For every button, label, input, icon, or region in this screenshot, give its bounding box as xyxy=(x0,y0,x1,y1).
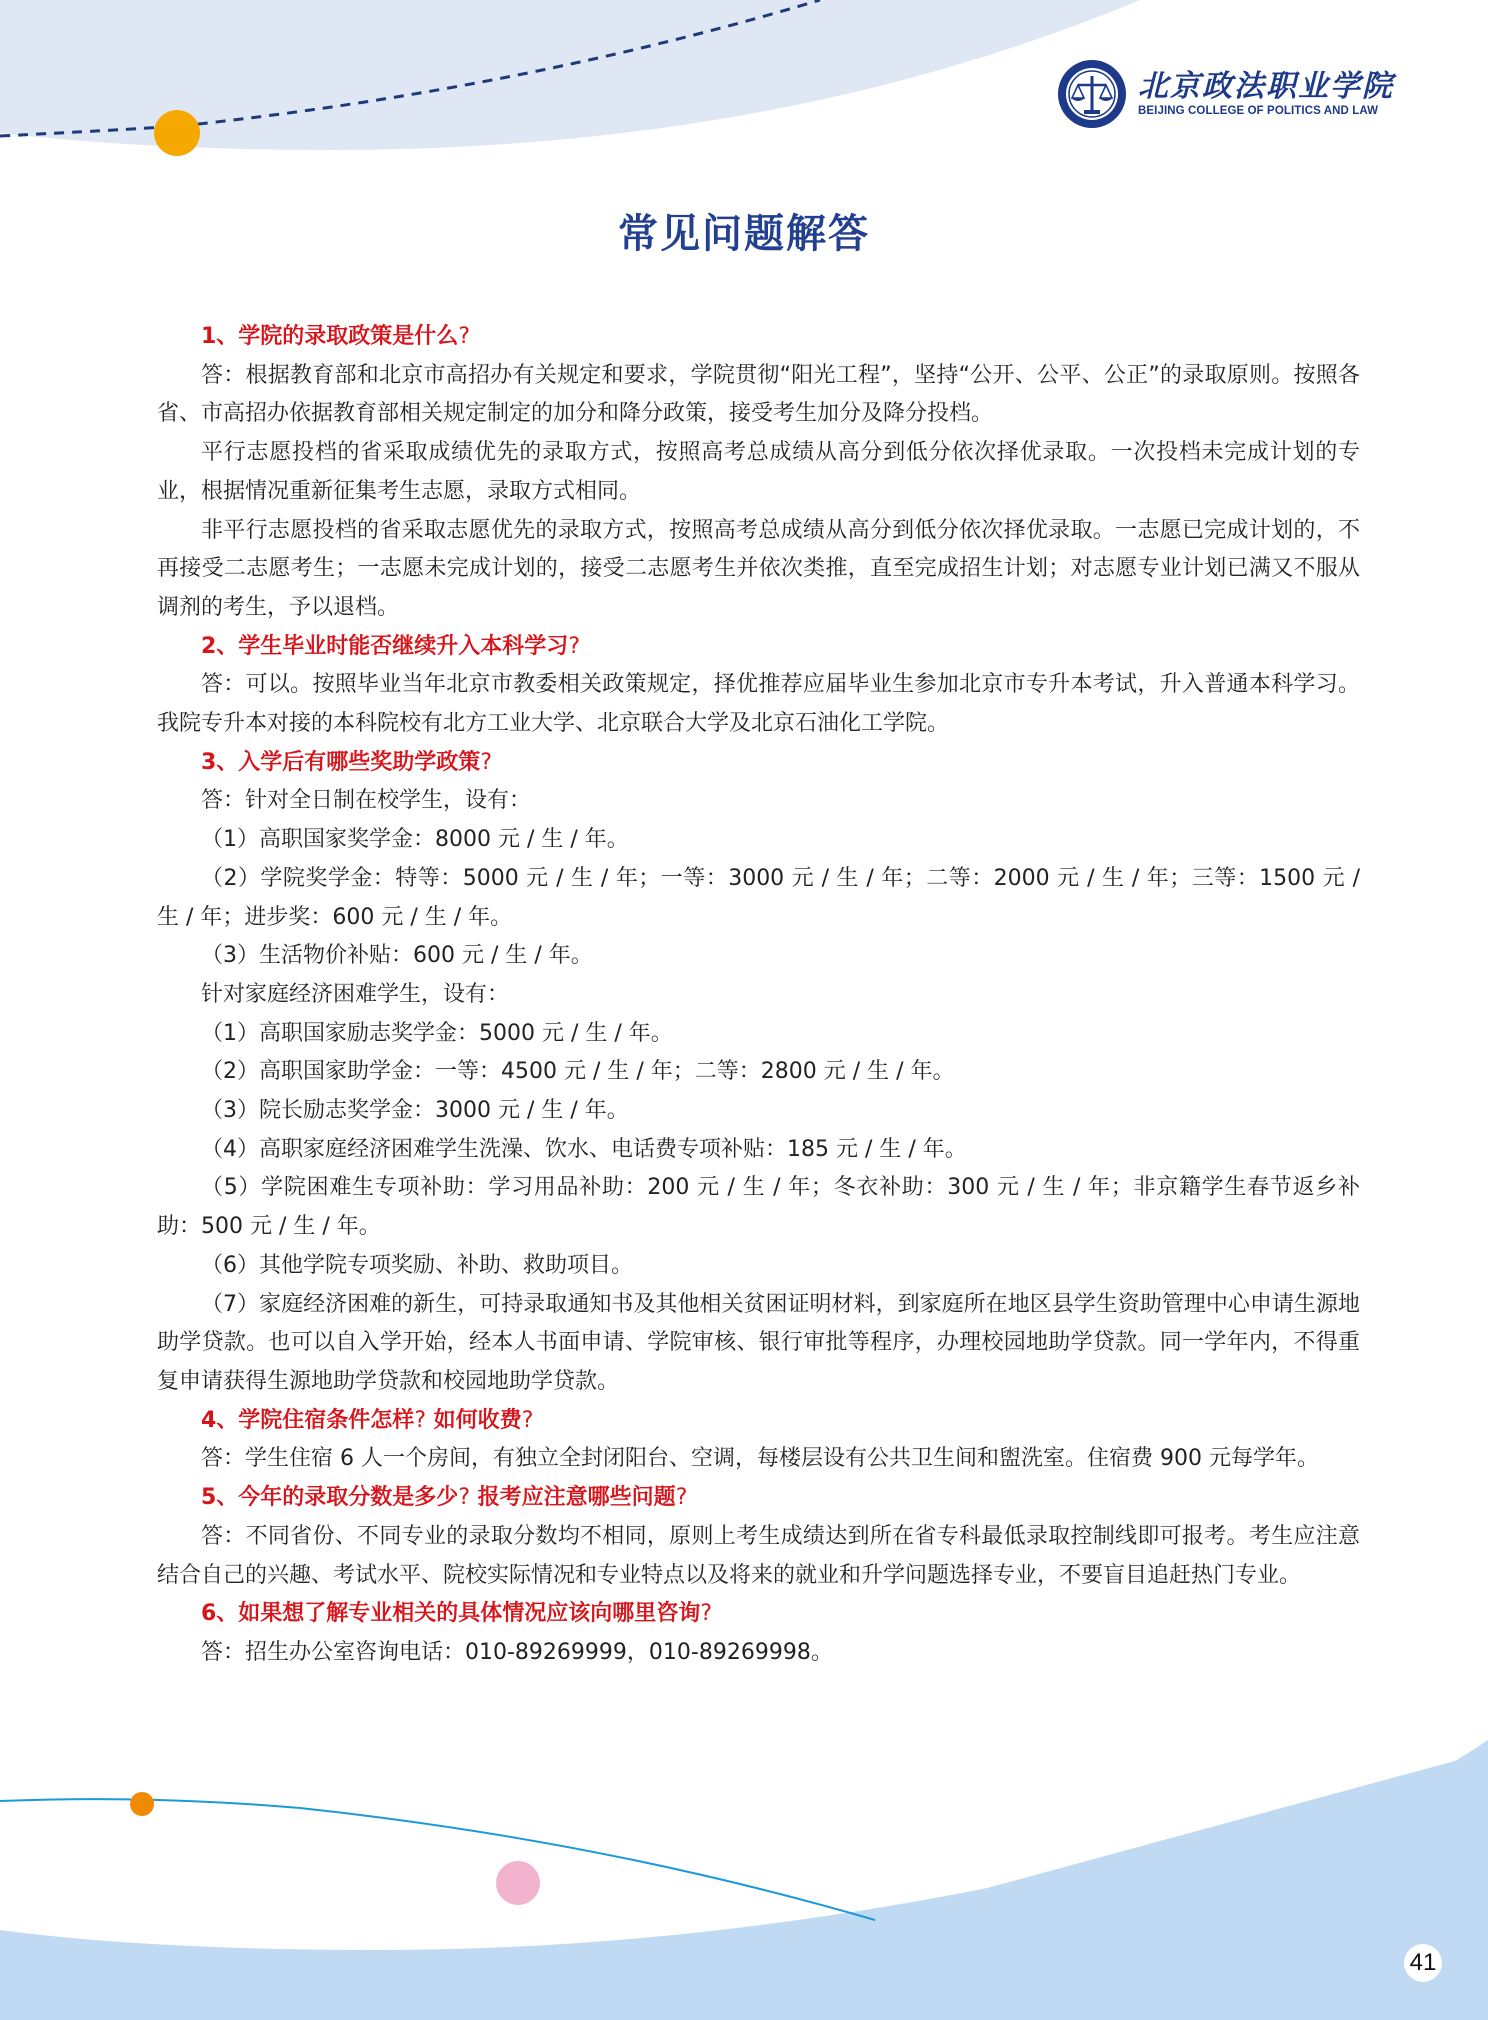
scales-of-justice-seal-icon xyxy=(1056,58,1128,130)
faq-answer-3-intro: 答：针对全日制在校学生，设有： xyxy=(157,782,1360,821)
faq-answer-3-item: （1）高职国家励志奖学金：5000 元 / 生 / 年。 xyxy=(157,1015,1360,1054)
college-name-cn: 北京政法职业学院 xyxy=(1138,70,1394,104)
page-title: 常见问题解答 xyxy=(0,206,1488,262)
faq-question-2: 2、学生毕业时能否继续升入本科学习? xyxy=(157,628,1360,667)
faq-answer-3-item: （5）学院困难生专项补助：学习用品补助：200 元 / 生 / 年；冬衣补助：3… xyxy=(157,1169,1360,1246)
faq-answer-3-item: （7）家庭经济困难的新生，可持录取通知书及其他相关贫困证明材料，到家庭所在地区县… xyxy=(157,1286,1360,1402)
faq-question-3: 3、入学后有哪些奖助学政策? xyxy=(157,744,1360,783)
college-name-en: BEIJING COLLEGE OF POLITICS AND LAW xyxy=(1138,104,1394,118)
faq-answer-6-para-1: 答：招生办公室咨询电话：010-89269999，010-89269998。 xyxy=(157,1634,1360,1673)
yellow-dot xyxy=(154,110,200,156)
faq-question-4: 4、学院住宿条件怎样? 如何收费? xyxy=(157,1402,1360,1441)
faq-answer-1-para-2: 平行志愿投档的省采取成绩优先的录取方式，按照高考总成绩从高分到低分依次择优录取。… xyxy=(157,434,1360,511)
faq-answer-5-para-1: 答：不同省份、不同专业的录取分数均不相同，原则上考生成绩达到所在省专科最低录取控… xyxy=(157,1518,1360,1595)
page-number: 41 xyxy=(1404,1944,1442,1982)
faq-answer-3-item: （2）学院奖学金：特等：5000 元 / 生 / 年；一等：3000 元 / 生… xyxy=(157,860,1360,937)
faq-question-5: 5、今年的录取分数是多少? 报考应注意哪些问题? xyxy=(157,1479,1360,1518)
faq-answer-1-para-3: 非平行志愿投档的省采取志愿优先的录取方式，按照高考总成绩从高分到低分依次择优录取… xyxy=(157,512,1360,628)
bottom-band-shape xyxy=(0,1755,1488,2020)
college-logo: 北京政法职业学院 BEIJING COLLEGE OF POLITICS AND… xyxy=(1056,58,1394,130)
faq-question-6: 6、如果想了解专业相关的具体情况应该向哪里咨询? xyxy=(157,1595,1360,1634)
orange-dot xyxy=(130,1792,154,1816)
faq-content: 1、学院的录取政策是什么? 答：根据教育部和北京市高招办有关规定和要求，学院贯彻… xyxy=(157,318,1360,1673)
faq-answer-3-item: （3）院长励志奖学金：3000 元 / 生 / 年。 xyxy=(157,1092,1360,1131)
faq-answer-2-para-1: 答：可以。按照毕业当年北京市教委相关政策规定，择优推荐应届毕业生参加北京市专升本… xyxy=(157,666,1360,743)
bottom-band-upper xyxy=(870,1752,1488,2020)
blue-curve-line xyxy=(0,1799,875,1920)
faq-question-1: 1、学院的录取政策是什么? xyxy=(157,318,1360,357)
bottom-band-right xyxy=(860,1740,1488,1922)
dashed-orbit-line xyxy=(0,0,820,136)
faq-answer-3-item: （1）高职国家奖学金：8000 元 / 生 / 年。 xyxy=(157,821,1360,860)
faq-answer-3-item: （4）高职家庭经济困难学生洗澡、饮水、电话费专项补贴：185 元 / 生 / 年… xyxy=(157,1131,1360,1170)
faq-answer-3-item: （6）其他学院专项奖励、补助、救助项目。 xyxy=(157,1247,1360,1286)
faq-answer-3-item: （3）生活物价补贴：600 元 / 生 / 年。 xyxy=(157,937,1360,976)
faq-answer-4-para-1: 答：学生住宿 6 人一个房间，有独立全封闭阳台、空调，每楼层设有公共卫生间和盥洗… xyxy=(157,1440,1360,1479)
faq-answer-1-para-1: 答：根据教育部和北京市高招办有关规定和要求，学院贯彻“阳光工程”，坚持“公开、公… xyxy=(157,357,1360,434)
top-band-shape xyxy=(0,0,1140,150)
faq-answer-3-subheading: 针对家庭经济困难学生，设有： xyxy=(157,976,1360,1015)
pink-dot xyxy=(496,1861,540,1905)
faq-answer-3-item: （2）高职国家助学金：一等：4500 元 / 生 / 年；二等：2800 元 /… xyxy=(157,1053,1360,1092)
